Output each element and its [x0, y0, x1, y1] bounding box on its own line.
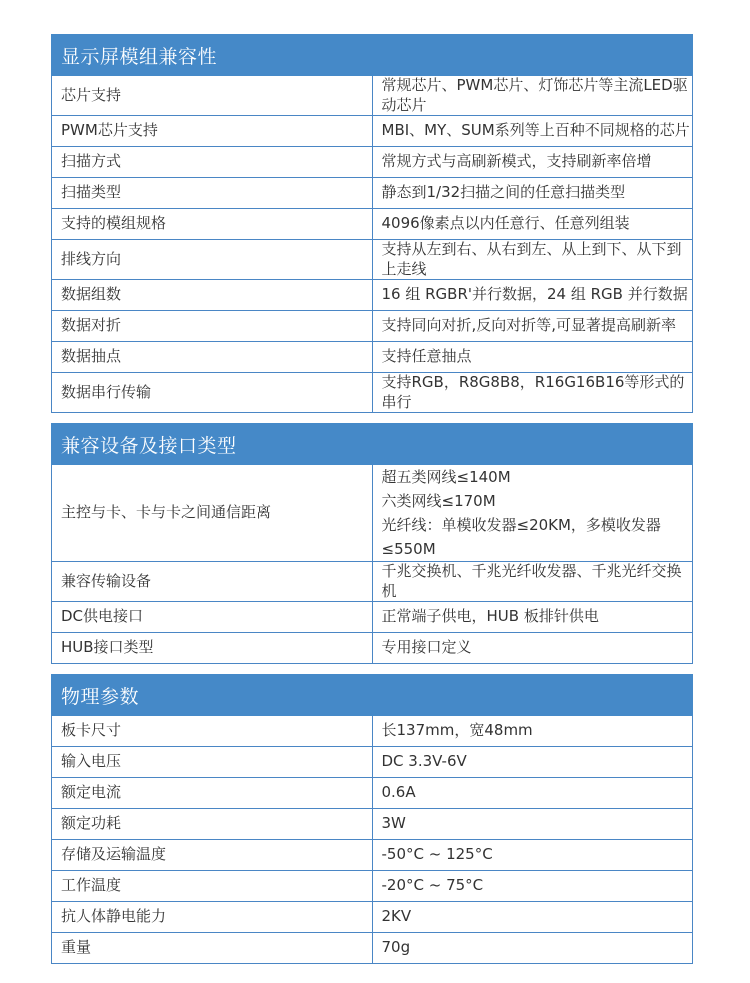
- row-label: 输入电压: [52, 747, 373, 778]
- table-row: 重量70g: [52, 933, 693, 964]
- row-label: 数据串行传输: [52, 373, 373, 413]
- row-value: 支持RGB，R8G8B8，R16G16B16等形式的串行: [372, 373, 693, 413]
- row-value: 长137mm，宽48mm: [372, 716, 693, 747]
- table-row: 数据抽点支持任意抽点: [52, 342, 693, 373]
- row-label: 数据组数: [52, 280, 373, 311]
- row-value: 16 组 RGBR'并行数据，24 组 RGB 并行数据: [372, 280, 693, 311]
- table-row: 抗人体静电能力2KV: [52, 902, 693, 933]
- row-value: 2KV: [372, 902, 693, 933]
- row-label: 工作温度: [52, 871, 373, 902]
- row-label: 板卡尺寸: [52, 716, 373, 747]
- row-value: 专用接口定义: [372, 633, 693, 664]
- row-value: DC 3.3V-6V: [372, 747, 693, 778]
- table-row: 存储及运输温度-50°C ~ 125°C: [52, 840, 693, 871]
- table-row: DC供电接口正常端子供电，HUB 板排针供电: [52, 602, 693, 633]
- table-row: 数据串行传输支持RGB，R8G8B8，R16G16B16等形式的串行: [52, 373, 693, 413]
- row-label: 兼容传输设备: [52, 562, 373, 602]
- row-label: 数据抽点: [52, 342, 373, 373]
- physical-parameters-table: 物理参数 板卡尺寸长137mm，宽48mm 输入电压DC 3.3V-6V 额定电…: [51, 674, 693, 964]
- row-value: 静态到1/32扫描之间的任意扫描类型: [372, 178, 693, 209]
- row-value-line: 超五类网线≤140M: [382, 465, 693, 489]
- table-row: 工作温度-20°C ~ 75°C: [52, 871, 693, 902]
- row-value: 支持从左到右、从右到左、从上到下、从下到上走线: [372, 240, 693, 280]
- row-value-line: 六类网线≤170M: [382, 489, 693, 513]
- row-label: 存储及运输温度: [52, 840, 373, 871]
- row-value: 超五类网线≤140M 六类网线≤170M 光纤线：单模收发器≤20KM，多模收发…: [372, 465, 693, 562]
- table-row: 额定电流0.6A: [52, 778, 693, 809]
- row-label: 重量: [52, 933, 373, 964]
- table-row: 额定功耗3W: [52, 809, 693, 840]
- row-value: 支持任意抽点: [372, 342, 693, 373]
- row-label: 数据对折: [52, 311, 373, 342]
- row-value: MBI、MY、SUM系列等上百种不同规格的芯片: [372, 116, 693, 147]
- row-label: 排线方向: [52, 240, 373, 280]
- row-value: 常规芯片、PWM芯片、灯饰芯片等主流LED驱动芯片: [372, 76, 693, 116]
- row-label: 额定功耗: [52, 809, 373, 840]
- row-value: 0.6A: [372, 778, 693, 809]
- row-value: 70g: [372, 933, 693, 964]
- row-label: DC供电接口: [52, 602, 373, 633]
- table-row: 排线方向支持从左到右、从右到左、从上到下、从下到上走线: [52, 240, 693, 280]
- row-value: 常规方式与高刷新模式，支持刷新率倍增: [372, 147, 693, 178]
- row-value: 4096像素点以内任意行、任意列组装: [372, 209, 693, 240]
- row-value: 支持同向对折,反向对折等,可显著提高刷新率: [372, 311, 693, 342]
- table-row: 兼容传输设备千兆交换机、千兆光纤收发器、千兆光纤交换机: [52, 562, 693, 602]
- table-row: 扫描方式常规方式与高刷新模式，支持刷新率倍增: [52, 147, 693, 178]
- display-module-compatibility-table: 显示屏模组兼容性 芯片支持常规芯片、PWM芯片、灯饰芯片等主流LED驱动芯片 P…: [51, 34, 693, 413]
- compatible-devices-interfaces-table: 兼容设备及接口类型 主控与卡、卡与卡之间通信距离 超五类网线≤140M 六类网线…: [51, 423, 693, 664]
- row-label: 扫描类型: [52, 178, 373, 209]
- row-label: 芯片支持: [52, 76, 373, 116]
- table-row: 扫描类型静态到1/32扫描之间的任意扫描类型: [52, 178, 693, 209]
- section-title: 兼容设备及接口类型: [52, 424, 693, 465]
- section-title: 物理参数: [52, 675, 693, 716]
- row-label: HUB接口类型: [52, 633, 373, 664]
- table-row: 数据组数16 组 RGBR'并行数据，24 组 RGB 并行数据: [52, 280, 693, 311]
- row-value: -20°C ~ 75°C: [372, 871, 693, 902]
- table-row: 支持的模组规格4096像素点以内任意行、任意列组装: [52, 209, 693, 240]
- row-value: 正常端子供电，HUB 板排针供电: [372, 602, 693, 633]
- row-label: PWM芯片支持: [52, 116, 373, 147]
- row-label: 扫描方式: [52, 147, 373, 178]
- table-row: PWM芯片支持MBI、MY、SUM系列等上百种不同规格的芯片: [52, 116, 693, 147]
- row-value-line: 光纤线：单模收发器≤20KM，多模收发器≤550M: [382, 513, 693, 561]
- row-value: 千兆交换机、千兆光纤收发器、千兆光纤交换机: [372, 562, 693, 602]
- section-title: 显示屏模组兼容性: [52, 35, 693, 76]
- table-row: HUB接口类型专用接口定义: [52, 633, 693, 664]
- table-row: 芯片支持常规芯片、PWM芯片、灯饰芯片等主流LED驱动芯片: [52, 76, 693, 116]
- row-label: 额定电流: [52, 778, 373, 809]
- row-label: 抗人体静电能力: [52, 902, 373, 933]
- table-row: 板卡尺寸长137mm，宽48mm: [52, 716, 693, 747]
- row-value: -50°C ~ 125°C: [372, 840, 693, 871]
- row-label: 支持的模组规格: [52, 209, 373, 240]
- table-row: 数据对折支持同向对折,反向对折等,可显著提高刷新率: [52, 311, 693, 342]
- table-row: 主控与卡、卡与卡之间通信距离 超五类网线≤140M 六类网线≤170M 光纤线：…: [52, 465, 693, 562]
- row-label: 主控与卡、卡与卡之间通信距离: [52, 465, 373, 562]
- table-row: 输入电压DC 3.3V-6V: [52, 747, 693, 778]
- row-value: 3W: [372, 809, 693, 840]
